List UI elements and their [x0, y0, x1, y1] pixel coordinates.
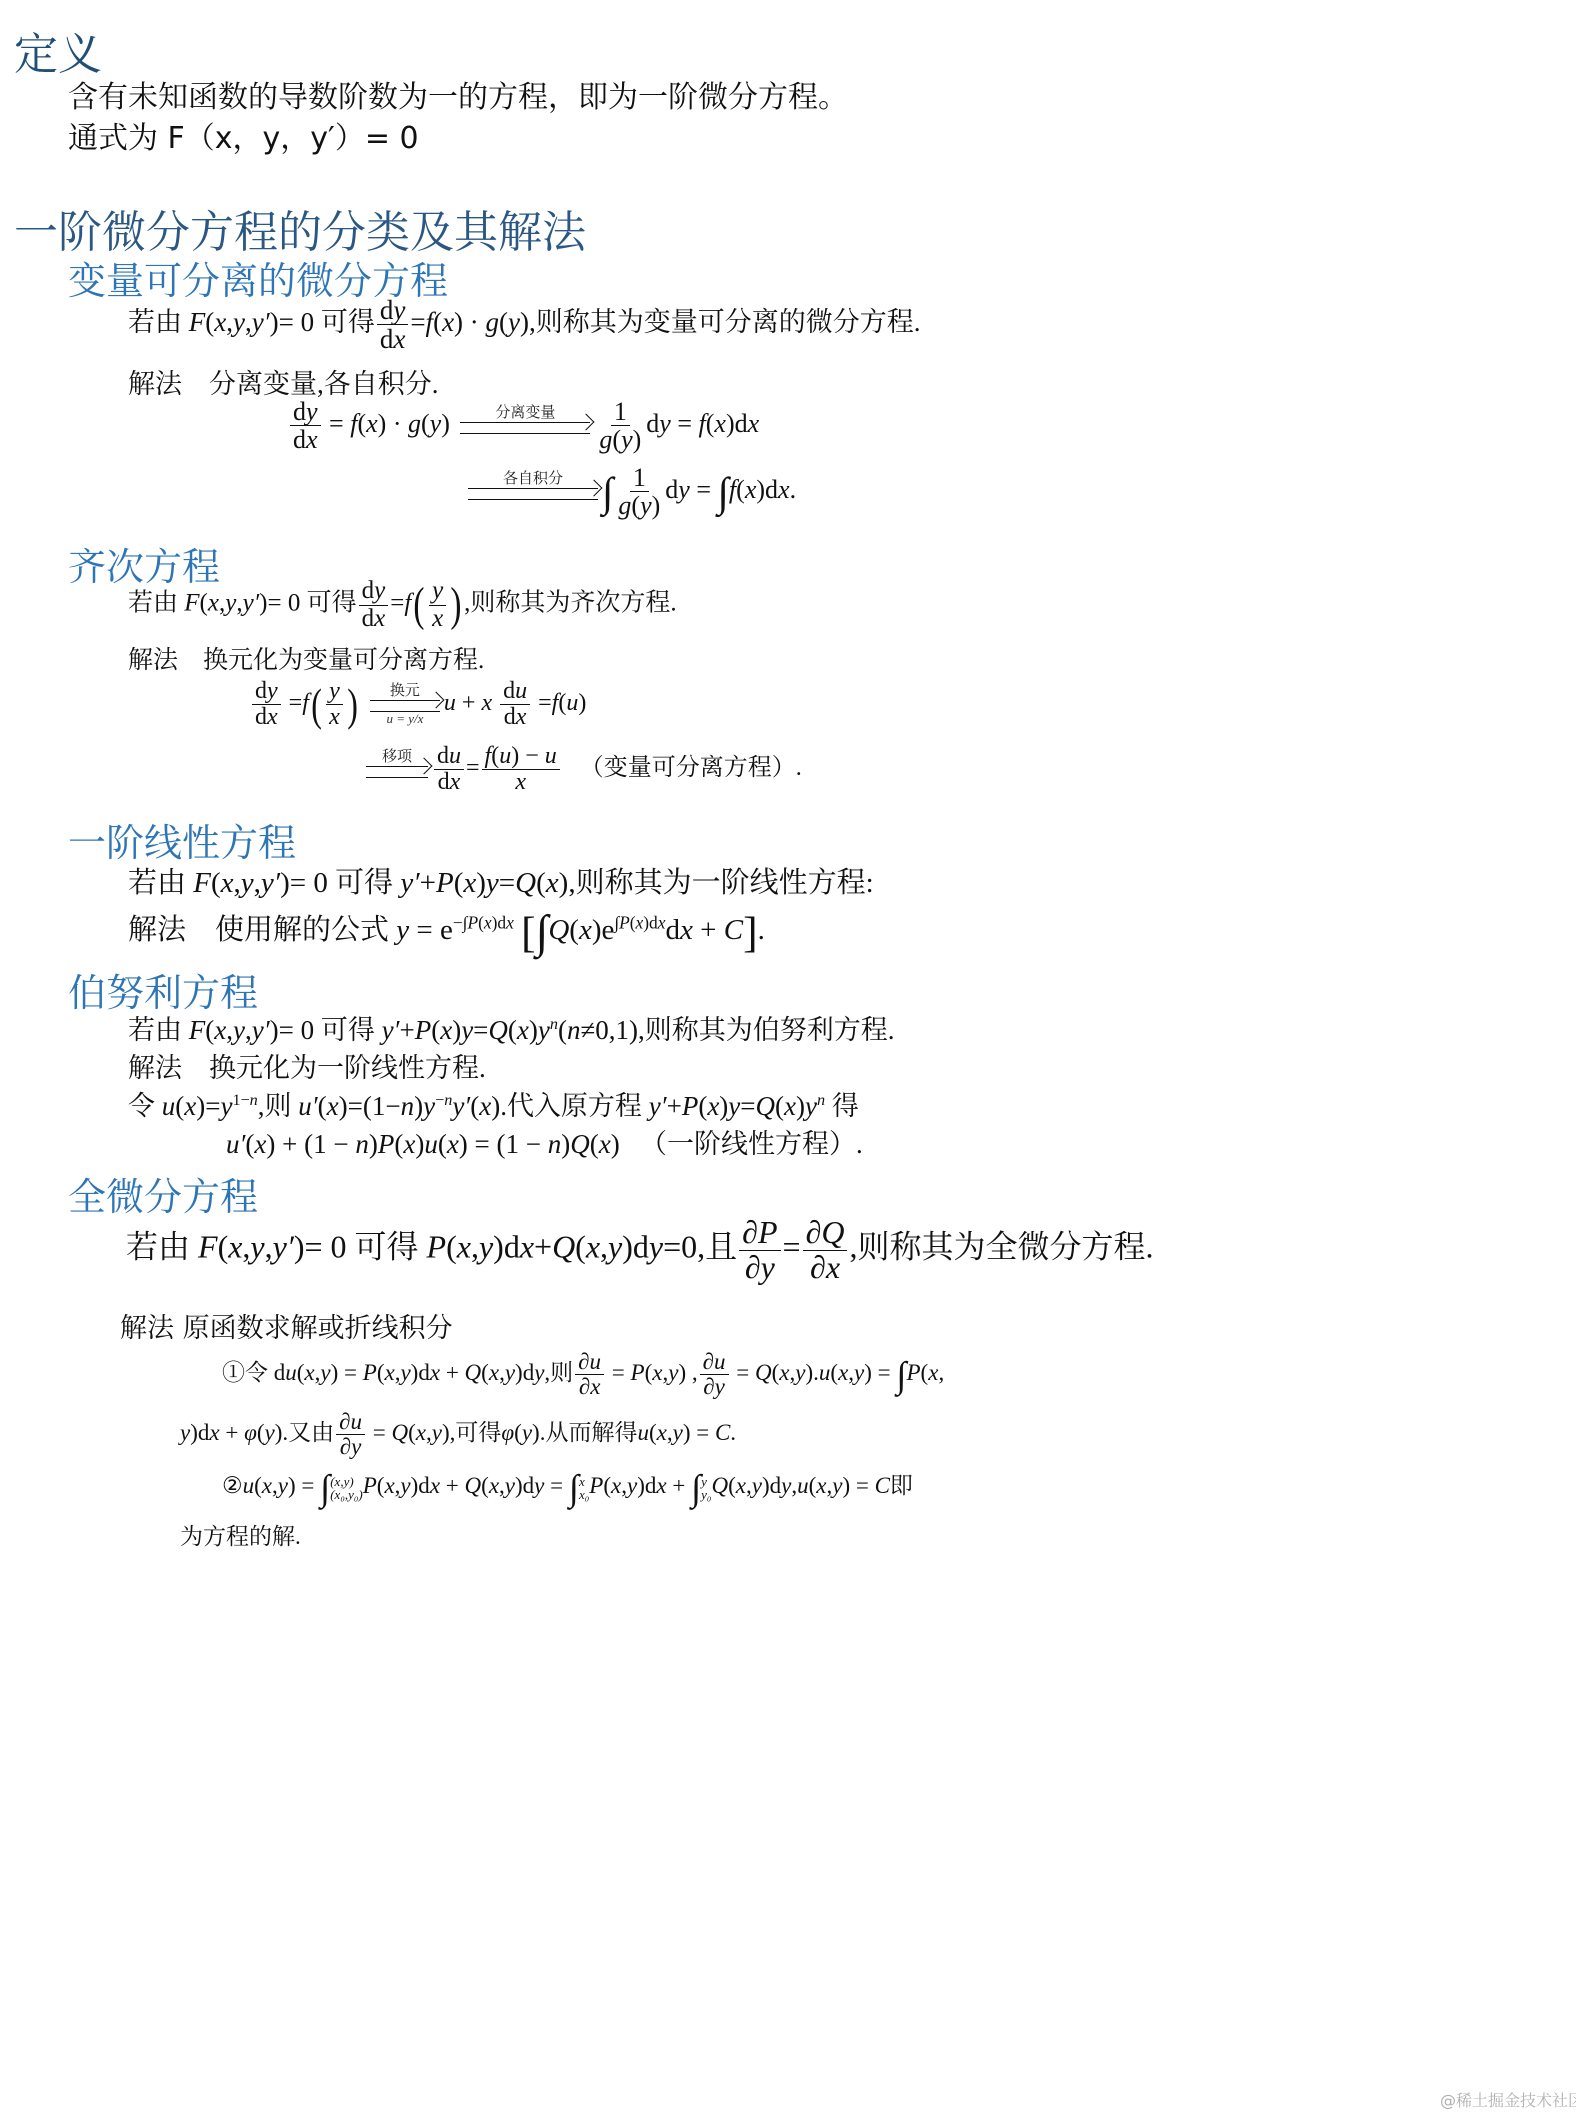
homogeneous-statement: 若由 F(x,y,y′)= 0 可得dydx=f(yx),则称其为齐次方程. — [128, 578, 677, 632]
general-form-text: 通式为 F（x，y，y′）= 0 — [68, 113, 419, 157]
linear-method: 解法 使用解的公式 y = e−∫P(x)dx [∫Q(x)e∫P(x)dxdx… — [128, 906, 765, 959]
text: 令 — [128, 1091, 155, 1121]
heading-exact: 全微分方程 — [68, 1166, 258, 1221]
text: ,则称其为全微分方程. — [849, 1228, 1153, 1264]
bernoulli-method: 解法 换元化为一阶线性方程. — [128, 1046, 486, 1085]
text: 可得 — [321, 307, 375, 337]
text: .代入原方程 — [500, 1091, 642, 1121]
text: 得 — [832, 1091, 859, 1121]
homogeneous-derivation-2: 移项 dudx=f(u) − ux （变量可分离方程）. — [362, 744, 802, 795]
watermark: @稀土掘金技术社区 — [1440, 2088, 1576, 2111]
text: ,则称其为齐次方程. — [464, 590, 677, 617]
text: ,则 — [258, 1091, 292, 1121]
text: ,则 — [544, 1360, 573, 1385]
text: 可得 — [307, 590, 357, 617]
separable-derivation-2: 各自积分 ∫1g(y)dy = ∫f(x)dx. — [464, 464, 796, 520]
fraction: dydx — [377, 296, 408, 354]
text: 可得 — [321, 1015, 375, 1045]
bernoulli-linear-form: u′(x) + (1 − n)P(x)u(x) = (1 − n)Q(x) （一… — [226, 1122, 863, 1161]
exact-step2-end: 为方程的解. — [180, 1518, 301, 1551]
bernoulli-statement: 若由 F(x,y,y′)= 0 可得 y′+P(x)y=Q(x)yn(n≠0,1… — [128, 1008, 895, 1047]
text: ,且 — [697, 1228, 737, 1264]
definition-text: 含有未知函数的导数阶数为一的方程，即为一阶微分方程。 — [68, 72, 848, 116]
double-arrow-icon: 分离变量 — [460, 404, 590, 448]
text: 可得 — [335, 867, 393, 899]
linear-statement: 若由 F(x,y,y′)= 0 可得 y′+P(x)y=Q(x),则称其为一阶线… — [128, 860, 874, 901]
double-arrow-icon: 移项 — [366, 748, 428, 792]
homogeneous-derivation-1: dydx =f(yx) 换元u = y/xu + x dudx =f(u) — [250, 678, 586, 731]
text: ①令 — [222, 1360, 268, 1385]
double-arrow-icon: 各自积分 — [468, 470, 598, 514]
separable-derivation-1: dydx = f(x) · g(y) 分离变量 1g(y)dy = f(x)dx — [288, 398, 759, 454]
double-arrow-icon: 换元u = y/x — [370, 682, 440, 726]
text: 可得 — [355, 1228, 419, 1264]
heading-linear: 一阶线性方程 — [68, 812, 296, 867]
text: 若由 — [126, 1228, 190, 1264]
text: 解法 使用解的公式 — [128, 914, 389, 946]
text: （变量可分离方程）. — [580, 755, 802, 781]
text: .从而解得 — [540, 1420, 638, 1445]
bernoulli-substitution: 令 u(x)=y1−n,则 u′(x)=(1−n)y−ny′(x).代入原方程 … — [128, 1084, 859, 1123]
text: （一阶线性方程）. — [640, 1129, 863, 1159]
exact-statement: 若由 F(x,y,y′)= 0 可得 P(x,y)dx+Q(x,y)dy=0,且… — [126, 1216, 1154, 1284]
text: ,则称其为变量可分离的微分方程. — [529, 307, 921, 337]
text: .又由 — [282, 1420, 334, 1445]
text: 若由 — [128, 590, 178, 617]
text: ② — [222, 1473, 243, 1498]
homogeneous-method: 解法 换元化为变量可分离方程. — [128, 640, 484, 676]
exact-method: 解法 原函数求解或折线积分 — [120, 1306, 453, 1345]
exact-step1: ①令 du(x,y) = P(x,y)dx + Q(x,y)dy,则∂u∂x =… — [222, 1350, 944, 1399]
separable-method: 解法 分离变量,各自积分. — [128, 362, 439, 401]
text: ,则称其为一阶线性方程: — [568, 867, 873, 899]
text: ,则称其为伯努利方程. — [638, 1015, 895, 1045]
text: 若由 — [128, 307, 182, 337]
text: 若由 — [128, 1015, 182, 1045]
exact-step2: ②u(x,y) = ∫(x,y)(x₀,y₀)P(x,y)dx + Q(x,y)… — [222, 1466, 913, 1509]
text: ,可得 — [450, 1420, 502, 1445]
text: 即 — [890, 1473, 913, 1498]
separable-statement: 若由 F(x,y,y′)= 0 可得dydx=f(x) · g(y),则称其为变… — [128, 296, 921, 354]
exact-step1-cont: y)dx + φ(y).又由∂u∂y = Q(x,y),可得φ(y).从而解得u… — [180, 1410, 736, 1459]
text: 若由 — [128, 867, 186, 899]
